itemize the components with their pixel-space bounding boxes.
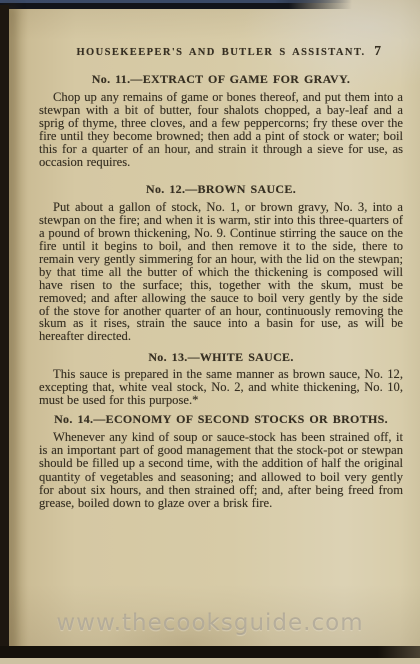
running-title: HOUSEKEEPER'S AND BUTLER S ASSISTANT. [76, 47, 365, 58]
left-spine-edge [0, 5, 9, 664]
section-paragraph-no-12: Put about a gallon of stock, No. 1, or b… [39, 201, 403, 343]
bottom-photo-edge [0, 646, 420, 658]
section-heading-no-13: No. 13.—WHITE SAUCE. [39, 350, 403, 365]
running-header: HOUSEKEEPER'S AND BUTLER S ASSISTANT. 7 [39, 46, 403, 59]
section-paragraph-no-11: Chop up any remains of game or bones the… [39, 91, 403, 169]
page-content: HOUSEKEEPER'S AND BUTLER S ASSISTANT. 7 … [39, 46, 403, 510]
page-number: 7 [374, 44, 381, 57]
section-heading-no-14: No. 14.—ECONOMY OF SECOND STOCKS OR BROT… [39, 412, 403, 427]
section-heading-no-12: No. 12.—BROWN SAUCE. [39, 182, 403, 197]
bottom-page-sliver [0, 658, 420, 664]
section-paragraph-no-13: This sauce is prepared in the same manne… [39, 368, 403, 407]
scanned-book-page: HOUSEKEEPER'S AND BUTLER S ASSISTANT. 7 … [0, 0, 420, 664]
top-edge-blue-tint [0, 0, 352, 3]
section-paragraph-no-14: Whenever any kind of soup or sauce-stock… [39, 431, 403, 509]
watermark-text: www.thecooksguide.com [0, 610, 420, 636]
section-heading-no-11: No. 11.—EXTRACT OF GAME FOR GRAVY. [39, 72, 403, 87]
